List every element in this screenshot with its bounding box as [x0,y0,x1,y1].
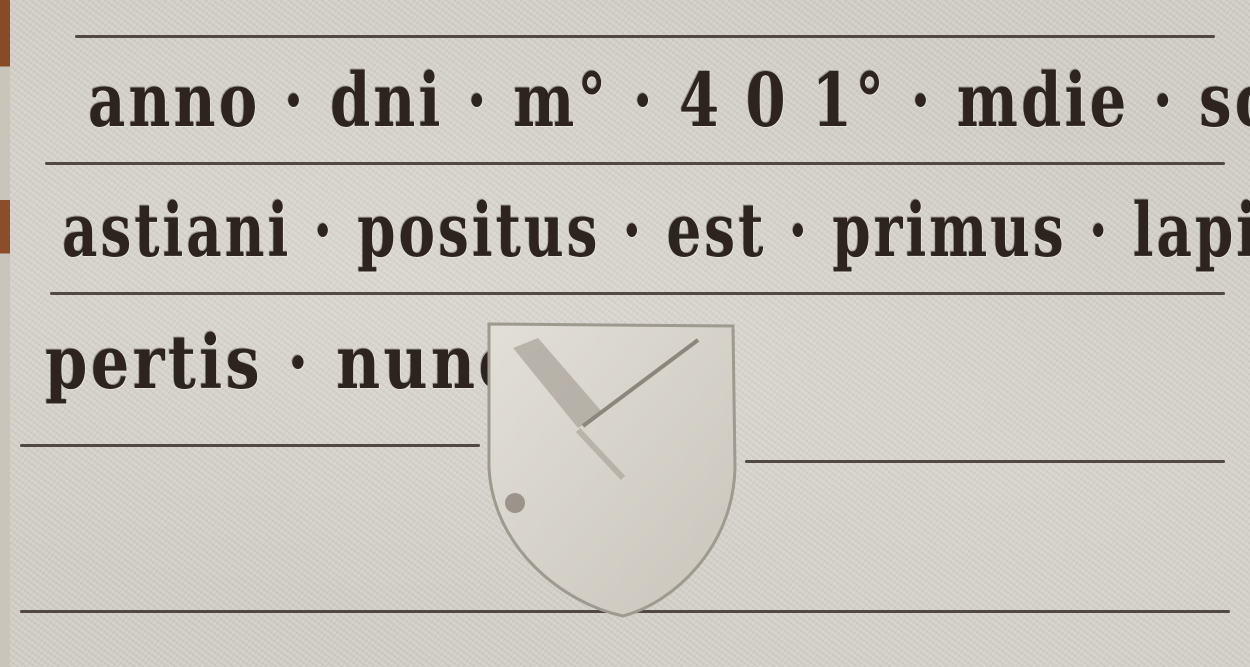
rule-1 [45,162,1225,165]
rule-2 [50,292,1225,295]
rule-3-right [745,460,1225,463]
inscription-line-2: astiani · positus · est · primus · lapis… [62,188,1250,274]
inscription-line-1: anno · dni · m° · 4 0 1° · mdie · sci · … [88,58,1250,144]
inscription-line-3: pertis · nune [45,320,520,406]
brick-edge [0,0,10,667]
heraldic-shield-icon [483,318,741,620]
stone-slab: anno · dni · m° · 4 0 1° · mdie · sci · … [0,0,1250,667]
rule-top [75,35,1215,38]
rule-3-left [20,444,480,447]
